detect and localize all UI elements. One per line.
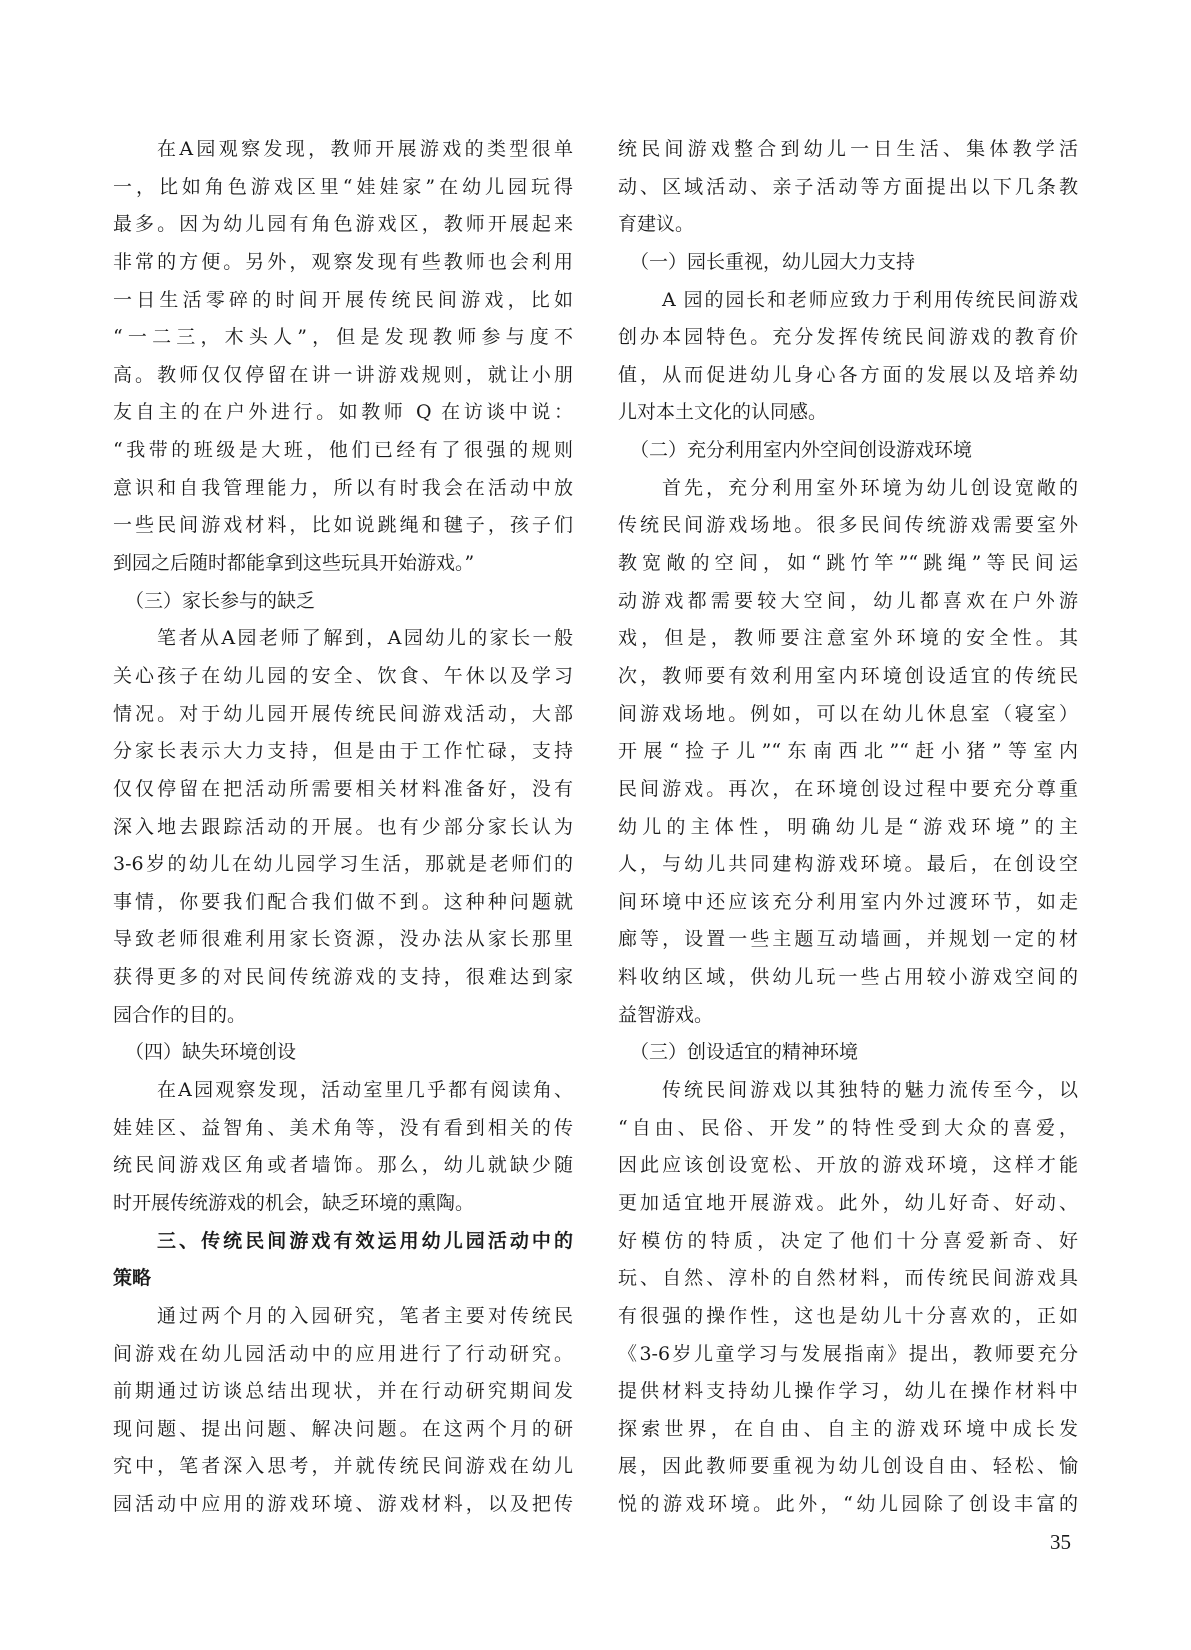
- text-line: 好模仿的特质，决定了他们十分喜爱新奇、好: [618, 1223, 1078, 1261]
- text-line: 创办本园特色。充分发挥传统民间游戏的教育价: [618, 319, 1078, 357]
- text-line: 料收纳区域，供幼儿玩一些占用较小游戏空间的: [618, 959, 1078, 997]
- text-line: 娃娃区、益智角、美术角等，没有看到相关的传: [113, 1110, 573, 1148]
- subsection-heading: （三）创设适宜的精神环境: [618, 1034, 1078, 1072]
- text-line: 一些民间游戏材料，比如说跳绳和毽子，孩子们: [113, 507, 573, 545]
- text-line: 导致老师很难利用家长资源，没办法从家长那里: [113, 921, 573, 959]
- subsection-heading: （三）家长参与的缺乏: [113, 583, 573, 621]
- text-line: 次，教师要有效利用室内环境创设适宜的传统民: [618, 658, 1078, 696]
- text-line: 时开展传统游戏的机会，缺乏环境的熏陶。: [113, 1185, 573, 1223]
- text-line: 一，比如角色游戏区里“娃娃家”在幼儿园玩得: [113, 169, 573, 207]
- text-line: 民间游戏。再次，在环境创设过程中要充分尊重: [618, 771, 1078, 809]
- text-line: 间游戏在幼儿园活动中的应用进行了行动研究。: [113, 1336, 573, 1374]
- section-heading: 三、传统民间游戏有效运用幼儿园活动中的: [113, 1223, 573, 1261]
- text-line: 悦的游戏环境。此外，“幼儿园除了创设丰富的: [618, 1486, 1078, 1524]
- subsection-heading: （一）园长重视，幼儿园大力支持: [618, 244, 1078, 282]
- text-line: 3-6岁的幼儿在幼儿园学习生活，那就是老师们的: [113, 846, 573, 884]
- text-line: 意识和自我管理能力，所以有时我会在活动中放: [113, 470, 573, 508]
- text-line: 究中，笔者深入思考，并就传统民间游戏在幼儿: [113, 1448, 573, 1486]
- text-line: 有很强的操作性，这也是幼儿十分喜欢的，正如: [618, 1298, 1078, 1336]
- text-line: 动游戏都需要较大空间，幼儿都喜欢在户外游: [618, 583, 1078, 621]
- text-line: “一二三，木头人”，但是发现教师参与度不: [113, 319, 573, 357]
- text-line: 关心孩子在幼儿园的安全、饮食、午休以及学习: [113, 658, 573, 696]
- text-line: 高。教师仅仅停留在讲一讲游戏规则，就让小朋: [113, 357, 573, 395]
- text-line: 间游戏场地。例如，可以在幼儿休息室（寝室）: [618, 696, 1078, 734]
- text-line: 育建议。: [618, 206, 1078, 244]
- text-line: 提供材料支持幼儿操作学习，幼儿在操作材料中: [618, 1373, 1078, 1411]
- section-heading: 策略: [113, 1260, 573, 1298]
- text-line: 探索世界，在自由、自主的游戏环境中成长发: [618, 1411, 1078, 1449]
- text-line: 获得更多的对民间传统游戏的支持，很难达到家: [113, 959, 573, 997]
- text-line: 现问题、提出问题、解决问题。在这两个月的研: [113, 1411, 573, 1449]
- text-line: 情况。对于幼儿园开展传统民间游戏活动，大部: [113, 696, 573, 734]
- text-line: “我带的班级是大班，他们已经有了很强的规则: [113, 432, 573, 470]
- text-line: 首先，充分利用室外环境为幼儿创设宽敞的: [618, 470, 1078, 508]
- text-line: 幼儿的主体性，明确幼儿是“游戏环境”的主: [618, 809, 1078, 847]
- text-line: 在A园观察发现，教师开展游戏的类型很单: [113, 131, 573, 169]
- text-line: 统民间游戏整合到幼儿一日生活、集体教学活: [618, 131, 1078, 169]
- text-line: 统民间游戏区角或者墙饰。那么，幼儿就缺少随: [113, 1147, 573, 1185]
- text-line: 人，与幼儿共同建构游戏环境。最后，在创设空: [618, 846, 1078, 884]
- text-line: 最多。因为幼儿园有角色游戏区，教师开展起来: [113, 206, 573, 244]
- text-line: 一日生活零碎的时间开展传统民间游戏，比如: [113, 282, 573, 320]
- subsection-heading: （四）缺失环境创设: [113, 1034, 573, 1072]
- text-line: 分家长表示大力支持，但是由于工作忙碌，支持: [113, 733, 573, 771]
- text-line: 戏，但是，教师要注意室外环境的安全性。其: [618, 620, 1078, 658]
- text-line: 前期通过访谈总结出现状，并在行动研究期间发: [113, 1373, 573, 1411]
- text-line: 更加适宜地开展游戏。此外，幼儿好奇、好动、: [618, 1185, 1078, 1223]
- text-line: 儿对本土文化的认同感。: [618, 394, 1078, 432]
- subsection-heading: （二）充分利用室内外空间创设游戏环境: [618, 432, 1078, 470]
- text-line: 园活动中应用的游戏环境、游戏材料，以及把传: [113, 1486, 573, 1524]
- text-line: 园合作的目的。: [113, 997, 573, 1035]
- text-line: 《3-6岁儿童学习与发展指南》提出，教师要充分: [618, 1336, 1078, 1374]
- text-line: 传统民间游戏场地。很多民间传统游戏需要室外: [618, 507, 1078, 545]
- text-line: 到园之后随时都能拿到这些玩具开始游戏。”: [113, 545, 573, 583]
- text-line: 事情，你要我们配合我们做不到。这种种问题就: [113, 884, 573, 922]
- text-line: 玩、自然、淳朴的自然材料，而传统民间游戏具: [618, 1260, 1078, 1298]
- text-line: 传统民间游戏以其独特的魅力流传至今，以: [618, 1072, 1078, 1110]
- text-line: 深入地去跟踪活动的开展。也有少部分家长认为: [113, 809, 573, 847]
- text-line: 通过两个月的入园研究，笔者主要对传统民: [113, 1298, 573, 1336]
- text-line: “自由、民俗、开发”的特性受到大众的喜爱，: [618, 1110, 1078, 1148]
- text-line: 非常的方便。另外，观察发现有些教师也会利用: [113, 244, 573, 282]
- text-line: 展，因此教师要重视为幼儿创设自由、轻松、愉: [618, 1448, 1078, 1486]
- text-line: 笔者从A园老师了解到，A园幼儿的家长一般: [113, 620, 573, 658]
- page-number: 35: [1050, 1530, 1071, 1555]
- text-line: A 园的园长和老师应致力于利用传统民间游戏: [618, 282, 1078, 320]
- text-line: 教宽敞的空间，如“跳竹竿”“跳绳”等民间运: [618, 545, 1078, 583]
- text-line: 在A园观察发现，活动室里几乎都有阅读角、: [113, 1072, 573, 1110]
- text-line: 友自主的在户外进行。如教师 Q 在访谈中说：: [113, 394, 573, 432]
- left-column: 在A园观察发现，教师开展游戏的类型很单一，比如角色游戏区里“娃娃家”在幼儿园玩得…: [113, 131, 573, 1524]
- text-line: 间环境中还应该充分利用室内外过渡环节，如走: [618, 884, 1078, 922]
- text-line: 值，从而促进幼儿身心各方面的发展以及培养幼: [618, 357, 1078, 395]
- text-line: 益智游戏。: [618, 997, 1078, 1035]
- text-line: 仅仅停留在把活动所需要相关材料准备好，没有: [113, 771, 573, 809]
- text-line: 因此应该创设宽松、开放的游戏环境，这样才能: [618, 1147, 1078, 1185]
- text-line: 廊等，设置一些主题互动墙画，并规划一定的材: [618, 921, 1078, 959]
- text-line: 动、区域活动、亲子活动等方面提出以下几条教: [618, 169, 1078, 207]
- right-column: 统民间游戏整合到幼儿一日生活、集体教学活动、区域活动、亲子活动等方面提出以下几条…: [618, 131, 1078, 1524]
- text-line: 开展“捡子儿”“东南西北”“赶小猪”等室内: [618, 733, 1078, 771]
